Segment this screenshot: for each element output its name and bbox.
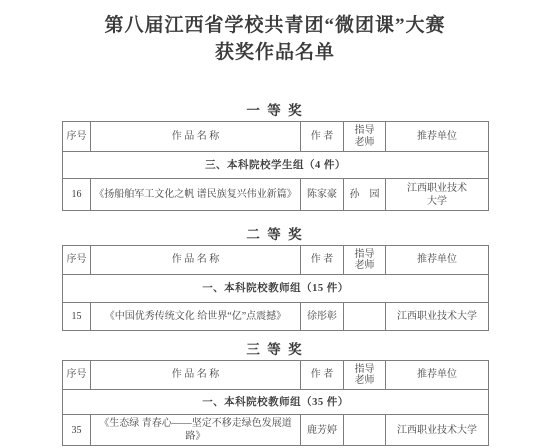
cell-unit: 江西职业技术大学 (386, 303, 489, 331)
header-cell-index: 序号 (63, 246, 91, 275)
section-heading-second-prize: 二 等 奖 (0, 227, 550, 242)
group-label: 三、本科院校学生组（4 件） (63, 152, 489, 179)
cell-advisor (344, 303, 386, 331)
header-advisor-line1: 指导 (346, 249, 383, 261)
cell-unit: 江西职业技术 大学 (386, 179, 489, 211)
header-cell-advisor: 指导 老师 (344, 122, 386, 152)
cell-unit-line1: 江西职业技术大学 (388, 424, 486, 437)
header-cell-advisor: 指导 老师 (344, 361, 386, 390)
cell-index: 35 (63, 415, 91, 446)
header-cell-author: 作 者 (301, 246, 344, 275)
cell-index: 16 (63, 179, 91, 211)
award-table-first-prize: 序号 作 品 名 称 作 者 指导 老师 推荐单位 三、本科院校学生组（4 件）… (62, 121, 489, 211)
document-title: 第八届江西省学校共青团“微团课”大赛 获奖作品名单 (0, 12, 550, 66)
cell-unit: 江西职业技术大学 (386, 415, 489, 446)
cell-unit-line1: 江西职业技术大学 (388, 310, 486, 323)
header-advisor-line2: 老师 (346, 137, 383, 149)
header-cell-advisor: 指导 老师 (344, 246, 386, 275)
cell-work-title: 《生态绿 青春心——坚定不移走绿色发展道路》 (91, 415, 301, 446)
group-row: 三、本科院校学生组（4 件） (63, 152, 489, 179)
header-cell-unit: 推荐单位 (386, 246, 489, 275)
cell-advisor: 孙 园 (344, 179, 386, 211)
group-label: 一、本科院校教师组（35 件） (63, 390, 489, 415)
section-heading-third-prize: 三 等 奖 (0, 342, 550, 357)
group-label: 一、本科院校教师组（15 件） (63, 275, 489, 303)
document-title-line2: 获奖作品名单 (0, 39, 550, 66)
header-advisor-line2: 老师 (346, 375, 383, 387)
section-heading-first-prize: 一 等 奖 (0, 103, 550, 118)
table-header-row: 序号 作 品 名 称 作 者 指导 老师 推荐单位 (63, 246, 489, 275)
group-row: 一、本科院校教师组（15 件） (63, 275, 489, 303)
header-cell-index: 序号 (63, 361, 91, 390)
header-cell-unit: 推荐单位 (386, 361, 489, 390)
document-title-line1: 第八届江西省学校共青团“微团课”大赛 (0, 12, 550, 39)
header-cell-work: 作 品 名 称 (91, 361, 301, 390)
award-table-third-prize: 序号 作 品 名 称 作 者 指导 老师 推荐单位 一、本科院校教师组（35 件… (62, 360, 489, 446)
award-table-second-prize: 序号 作 品 名 称 作 者 指导 老师 推荐单位 一、本科院校教师组（15 件… (62, 245, 489, 331)
cell-work-title: 《中国优秀传统文化 给世界“亿”点震撼》 (91, 303, 301, 331)
header-cell-unit: 推荐单位 (386, 122, 489, 152)
header-cell-work: 作 品 名 称 (91, 246, 301, 275)
header-cell-index: 序号 (63, 122, 91, 152)
group-row: 一、本科院校教师组（35 件） (63, 390, 489, 415)
cell-author: 陈家豪 (301, 179, 344, 211)
section-first-prize: 一 等 奖 序号 作 品 名 称 作 者 指导 老师 推荐单位 三、本科院校学生… (0, 103, 550, 211)
document-page: 第八届江西省学校共青团“微团课”大赛 获奖作品名单 一 等 奖 序号 作 品 名… (0, 0, 550, 448)
table-header-row: 序号 作 品 名 称 作 者 指导 老师 推荐单位 (63, 361, 489, 390)
header-advisor-line2: 老师 (346, 260, 383, 272)
table-row: 35 《生态绿 青春心——坚定不移走绿色发展道路》 鹿芳婷 江西职业技术大学 (63, 415, 489, 446)
header-cell-author: 作 者 (301, 361, 344, 390)
cell-unit-line1: 江西职业技术 (388, 182, 486, 195)
cell-advisor (344, 415, 386, 446)
table-row: 15 《中国优秀传统文化 给世界“亿”点震撼》 徐彤彰 江西职业技术大学 (63, 303, 489, 331)
cell-work-title: 《扬船舶军工文化之帆 谱民族复兴伟业新篇》 (91, 179, 301, 211)
table-header-row: 序号 作 品 名 称 作 者 指导 老师 推荐单位 (63, 122, 489, 152)
cell-author: 徐彤彰 (301, 303, 344, 331)
section-third-prize: 三 等 奖 序号 作 品 名 称 作 者 指导 老师 推荐单位 一、本科院校教师… (0, 342, 550, 446)
header-advisor-line1: 指导 (346, 125, 383, 137)
cell-index: 15 (63, 303, 91, 331)
header-advisor-line1: 指导 (346, 364, 383, 376)
cell-author: 鹿芳婷 (301, 415, 344, 446)
header-cell-work: 作 品 名 称 (91, 122, 301, 152)
table-row: 16 《扬船舶军工文化之帆 谱民族复兴伟业新篇》 陈家豪 孙 园 江西职业技术 … (63, 179, 489, 211)
section-second-prize: 二 等 奖 序号 作 品 名 称 作 者 指导 老师 推荐单位 一、本科院校教师… (0, 227, 550, 331)
cell-unit-line2: 大学 (388, 195, 486, 208)
header-cell-author: 作 者 (301, 122, 344, 152)
